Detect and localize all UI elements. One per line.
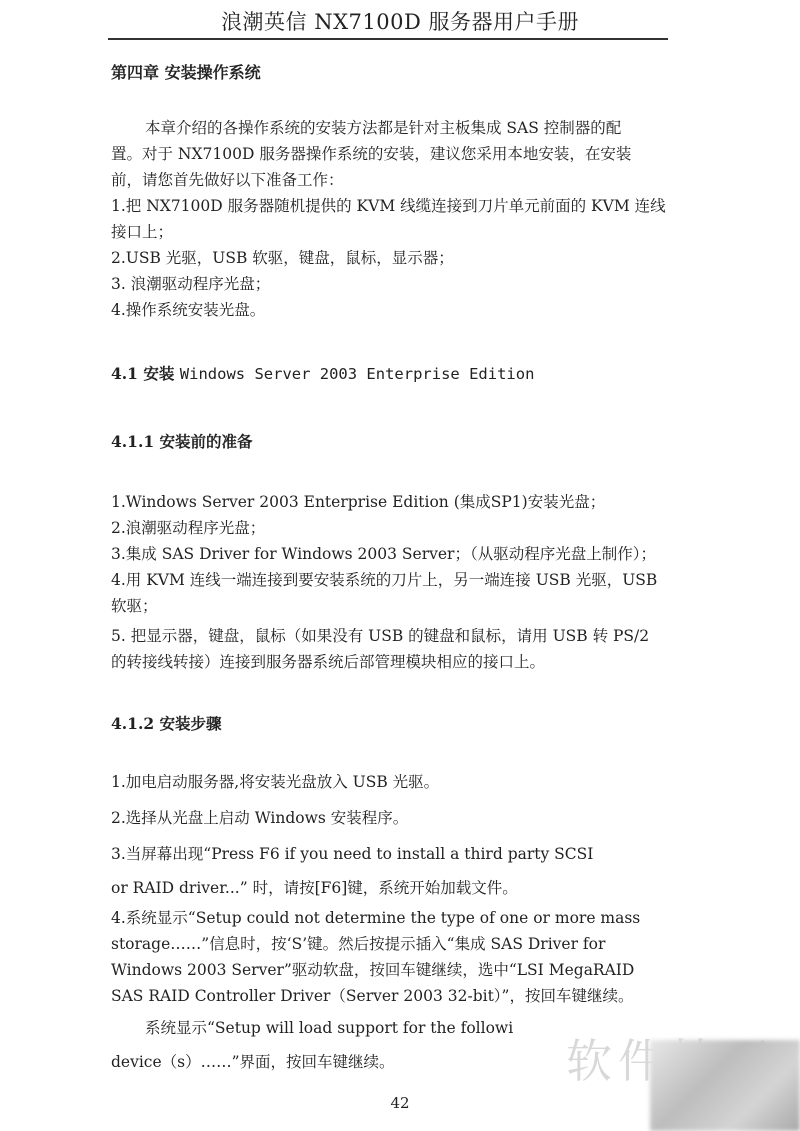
list-item: 的转接线转接）连接到服务器系统后部管理模块相应的接口上。 (111, 650, 545, 672)
section-number: 4.1 (111, 364, 138, 383)
list-item: 4.用 KVM 连线一端连接到要安装系统的刀片上，另一端连接 USB 光驱，US… (111, 568, 657, 590)
prep-item: 2.USB 光驱，USB 软驱，键盘，鼠标，显示器； (111, 246, 454, 268)
step-item: or RAID driver...” 时，请按[F6]键，系统开始加载文件。 (111, 876, 518, 898)
section-title-cn: 安装 (143, 364, 174, 383)
intro-line: 置。对于 NX7100D 服务器操作系统的安装，建议您采用本地安装，在安装 (111, 142, 631, 164)
intro-line: 前，请您首先做好以下准备工作： (111, 168, 344, 190)
header-rule (108, 38, 668, 40)
step-item: 2.选择从光盘上启动 Windows 安装程序。 (111, 806, 408, 828)
prep-item: 3. 浪潮驱动程序光盘； (111, 272, 270, 294)
list-item: 软驱； (111, 594, 158, 616)
list-item: 3.集成 SAS Driver for Windows 2003 Server；… (111, 542, 656, 564)
section-4-1-2-heading: 4.1.2 安装步骤 (111, 712, 222, 734)
intro-line: 本章介绍的各操作系统的安装方法都是针对主板集成 SAS 控制器的配 (145, 116, 621, 138)
list-item: 2.浪潮驱动程序光盘； (111, 516, 265, 538)
section-4-1-heading: 4.1 安装 Windows Server 2003 Enterprise Ed… (111, 362, 534, 384)
watermark-overlay (650, 1040, 800, 1131)
prep-item: 接口上； (111, 220, 173, 242)
section-title-en: Windows Server 2003 Enterprise Edition (180, 365, 535, 383)
prep-item: 4.操作系统安装光盘。 (111, 298, 265, 320)
page-header-title: 浪潮英信 NX7100D 服务器用户手册 (0, 6, 800, 36)
step-item: SAS RAID Controller Driver（Server 2003 3… (111, 984, 633, 1006)
list-item: 5. 把显示器，键盘，鼠标（如果没有 USB 的键盘和鼠标，请用 USB 转 P… (111, 624, 649, 646)
page-number: 42 (0, 1094, 800, 1112)
step-item: device（s）……”界面，按回车键继续。 (111, 1050, 395, 1072)
prep-item: 1.把 NX7100D 服务器随机提供的 KVM 线缆连接到刀片单元前面的 KV… (111, 194, 666, 216)
step-item: 系统显示“Setup will load support for the fol… (145, 1016, 513, 1038)
chapter-title: 第四章 安装操作系统 (111, 60, 261, 83)
step-item: 4.系统显示“Setup could not determine the typ… (111, 906, 640, 928)
step-item: Windows 2003 Server”驱动软盘，按回车键继续，选中“LSI M… (111, 958, 634, 980)
step-item: 1.加电启动服务器,将安装光盘放入 USB 光驱。 (111, 770, 439, 792)
step-item: storage……”信息时，按‘S’键。然后按提示插入“集成 SAS Drive… (111, 932, 605, 954)
section-4-1-1-heading: 4.1.1 安装前的准备 (111, 430, 253, 452)
list-item: 1.Windows Server 2003 Enterprise Edition… (111, 490, 605, 512)
step-item: 3.当屏幕出现“Press F6 if you need to install … (111, 842, 593, 864)
